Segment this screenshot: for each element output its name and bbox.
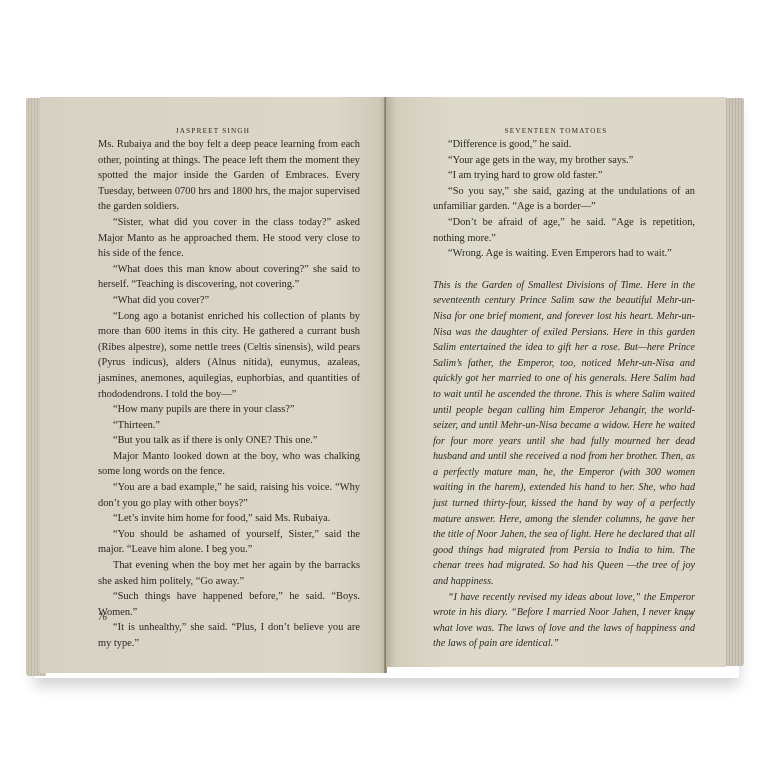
italic-passage: “I have recently revised my ideas about … [433, 590, 695, 652]
paragraph: “But you talk as if there is only ONE? T… [98, 433, 360, 449]
paragraph: “Don’t be afraid of age,” he said. “Age … [433, 215, 695, 246]
italic-passage: This is the Garden of Smallest Divisions… [433, 278, 695, 590]
paragraph: Ms. Rubaiya and the boy felt a deep peac… [98, 137, 360, 215]
paragraph: “Difference is good,” he said. [433, 137, 695, 153]
paragraph: “Long ago a botanist enriched his collec… [98, 309, 360, 403]
paragraph: “How many pupils are there in your class… [98, 402, 360, 418]
paragraph: “What does this man know about covering?… [98, 262, 360, 293]
running-head-title: Seventeen Tomatoes [386, 127, 726, 135]
right-page: Seventeen Tomatoes “Difference is good,”… [386, 97, 726, 667]
paragraph: “You are a bad example,” he said, raisin… [98, 480, 360, 511]
paragraph: “You should be ashamed of yourself, Sist… [98, 527, 360, 558]
paragraph: “I am trying hard to grow old faster.” [433, 168, 695, 184]
page-number-right: 77 [684, 612, 693, 622]
paragraph: “So you say,” she said, gazing at the un… [433, 184, 695, 215]
paragraph: “Let’s invite him home for food,” said M… [98, 511, 360, 527]
running-head-author: Jaspreet Singh [40, 127, 386, 135]
left-page-body: Ms. Rubaiya and the boy felt a deep peac… [98, 137, 360, 652]
left-page: Jaspreet Singh Ms. Rubaiya and the boy f… [40, 97, 386, 673]
open-book: Jaspreet Singh Ms. Rubaiya and the boy f… [0, 0, 768, 768]
paragraph: “What did you cover?” [98, 293, 360, 309]
right-page-body: “Difference is good,” he said. “Your age… [433, 137, 695, 652]
paragraph: Major Manto looked down at the boy, who … [98, 449, 360, 480]
paragraph: That evening when the boy met her again … [98, 558, 360, 589]
paragraph: “Thirteen.” [98, 418, 360, 434]
paragraph: “Wrong. Age is waiting. Even Emperors ha… [433, 246, 695, 262]
paragraph: “It is unhealthy,” she said. “Plus, I do… [98, 620, 360, 651]
page-number-left: 76 [98, 612, 107, 622]
paragraph: “Sister, what did you cover in the class… [98, 215, 360, 262]
right-page-edges [724, 98, 744, 666]
paragraph: “Your age gets in the way, my brother sa… [433, 153, 695, 169]
paragraph: “Such things have happened before,” he s… [98, 589, 360, 620]
